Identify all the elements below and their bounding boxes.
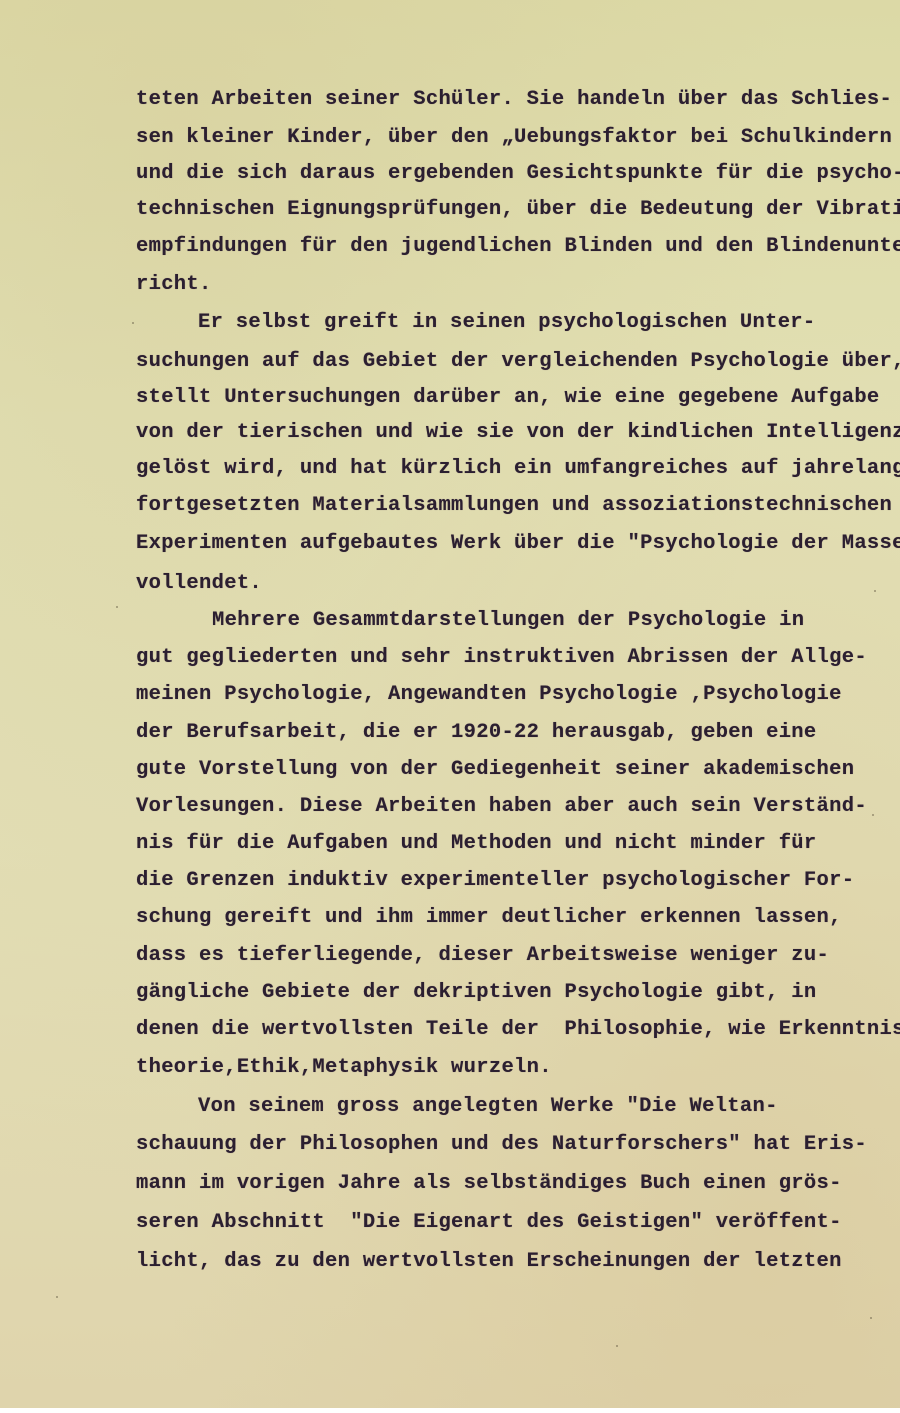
paper-speck [616, 1345, 618, 1347]
text-line: Von seinem gross angelegten Werke "Die W… [198, 1095, 778, 1119]
text-line: und die sich daraus ergebenden Gesichtsp… [136, 162, 900, 186]
text-line: gute Vorstellung von der Gediegenheit se… [136, 758, 854, 782]
text-line: Mehrere Gesammtdarstellungen der Psychol… [212, 609, 804, 633]
text-line: stellt Untersuchungen darüber an, wie ei… [136, 386, 880, 410]
text-line: suchungen auf das Gebiet der vergleichen… [136, 350, 900, 374]
paper-speck [116, 606, 118, 608]
text-line: technischen Eignungsprüfungen, über die … [136, 198, 900, 222]
text-line: gut gegliederten und sehr instruktiven A… [136, 646, 867, 670]
text-line: gängliche Gebiete der dekriptiven Psycho… [136, 981, 817, 1005]
text-line: sen kleiner Kinder, über den „Uebungsfak… [136, 126, 892, 150]
text-line: vollendet. [136, 572, 262, 596]
text-line: mann im vorigen Jahre als selbständiges … [136, 1172, 842, 1196]
typewritten-page: teten Arbeiten seiner Schüler. Sie hande… [0, 0, 900, 1408]
text-line: der Berufsarbeit, die er 1920-22 herausg… [136, 721, 817, 745]
text-line: richt. [136, 273, 212, 297]
text-line: Experimenten aufgebautes Werk über die "… [136, 532, 900, 556]
text-line: nis für die Aufgaben und Methoden und ni… [136, 832, 817, 856]
text-line: meinen Psychologie, Angewandten Psycholo… [136, 683, 842, 707]
paper-speck [870, 1317, 872, 1319]
text-line: schauung der Philosophen und des Naturfo… [136, 1133, 867, 1157]
paper-speck [56, 1296, 58, 1298]
text-line: dass es tieferliegende, dieser Arbeitswe… [136, 944, 829, 968]
text-line: theorie,Ethik,Metaphysik wurzeln. [136, 1056, 552, 1080]
paper-speck [132, 322, 134, 324]
text-line: denen die wertvollsten Teile der Philoso… [136, 1018, 900, 1042]
text-line: empfindungen für den jugendlichen Blinde… [136, 235, 900, 259]
text-line: schung gereift und ihm immer deutlicher … [136, 906, 842, 930]
text-line: Vorlesungen. Diese Arbeiten haben aber a… [136, 795, 867, 819]
paper-speck [874, 590, 876, 592]
text-line: von der tierischen und wie sie von der k… [136, 421, 900, 445]
text-line: teten Arbeiten seiner Schüler. Sie hande… [136, 88, 892, 112]
text-line: die Grenzen induktiv experimenteller psy… [136, 869, 854, 893]
paper-speck [872, 814, 874, 816]
text-line: licht, das zu den wertvollsten Erscheinu… [136, 1250, 842, 1274]
text-line: fortgesetzten Materialsammlungen und ass… [136, 494, 892, 518]
text-line: gelöst wird, und hat kürzlich ein umfang… [136, 457, 900, 481]
text-line: seren Abschnitt "Die Eigenart des Geisti… [136, 1211, 842, 1235]
text-line: Er selbst greift in seinen psychologisch… [198, 311, 816, 335]
